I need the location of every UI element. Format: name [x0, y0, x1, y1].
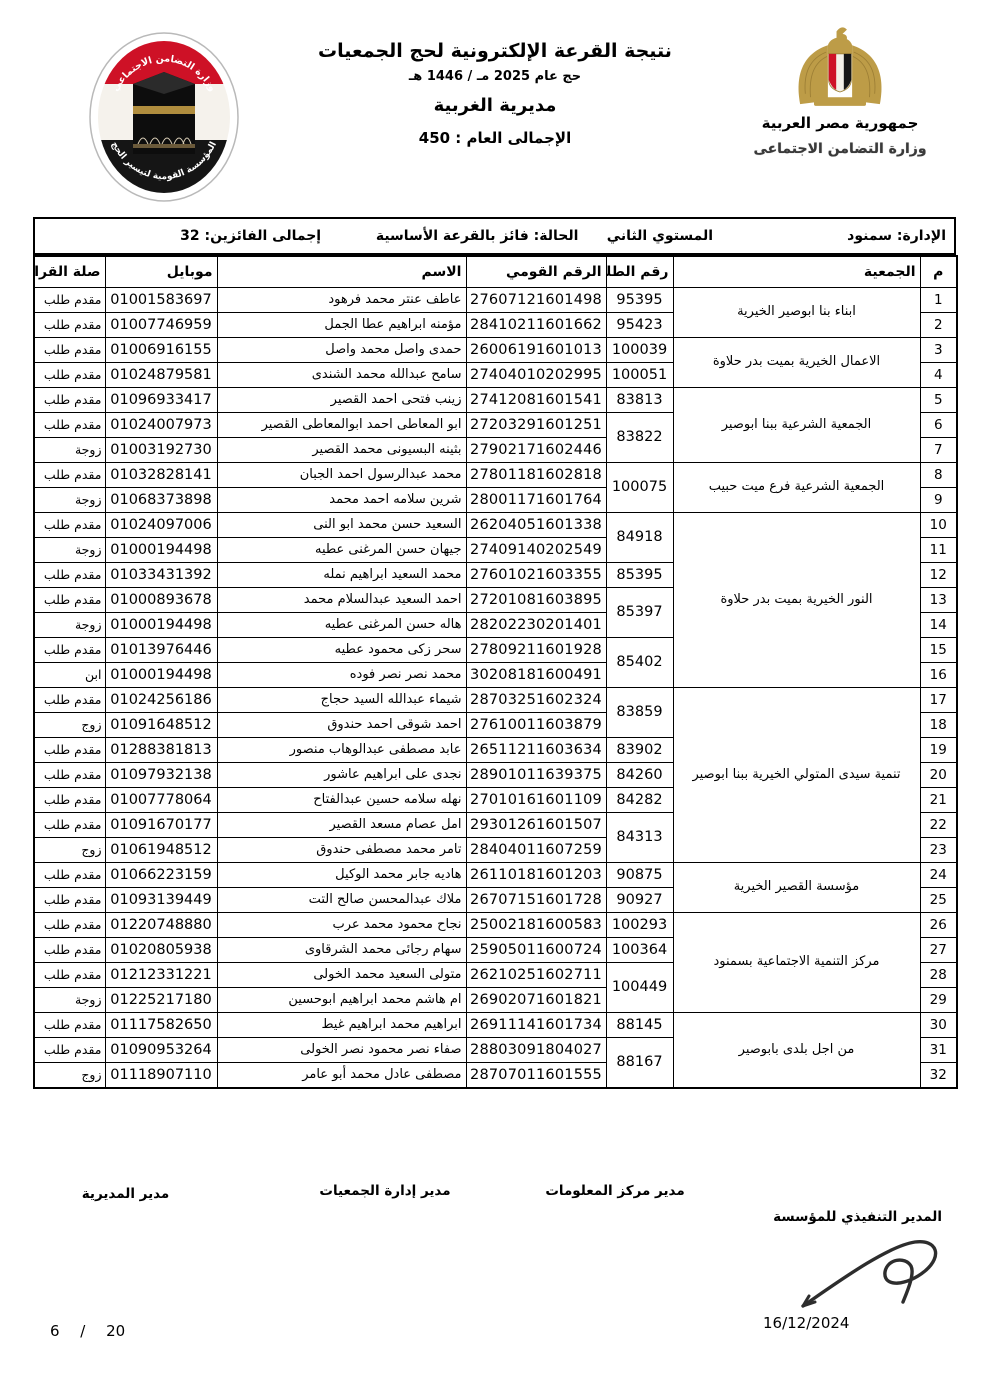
- cell-mobile: 01225217180: [105, 987, 217, 1012]
- cell-national-id: 28202230201401: [466, 612, 606, 637]
- cell-row-number: 6: [920, 412, 957, 437]
- cell-relation: مقدم طلب: [34, 912, 105, 937]
- signatory-associations-director: مدير إدارة الجمعيات: [305, 1183, 465, 1199]
- cell-name: جيهان حسن المرغنى عطيه: [217, 537, 466, 562]
- cell-mobile: 01024256186: [105, 687, 217, 712]
- directorate-name: مديرية الغربية: [240, 95, 750, 116]
- cell-request-number: 100293: [606, 912, 673, 937]
- cell-name: محمد نصر نصر فوده: [217, 662, 466, 687]
- cell-national-id: 27610011603879: [466, 712, 606, 737]
- table-row: 1ابناء بنا ابوصير الخيرية953952760712160…: [34, 287, 957, 312]
- cell-national-id: 26204051601338: [466, 512, 606, 537]
- cell-national-id: 28803091804027: [466, 1037, 606, 1062]
- table-header-row: مالجمعيةرقم الطلبالرقم القوميالاسمموبايل…: [34, 256, 957, 287]
- cell-relation: مقدم طلب: [34, 937, 105, 962]
- cell-relation: مقدم طلب: [34, 287, 105, 312]
- cell-national-id: 26911141601734: [466, 1012, 606, 1037]
- cell-mobile: 01066223159: [105, 862, 217, 887]
- cell-mobile: 01212331221: [105, 962, 217, 987]
- cell-mobile: 01093139449: [105, 887, 217, 912]
- cell-mobile: 01007746959: [105, 312, 217, 337]
- cell-relation: زوجة: [34, 987, 105, 1012]
- cell-name: متولى السعيد محمد الخولى: [217, 962, 466, 987]
- cell-mobile: 01000893678: [105, 587, 217, 612]
- cell-row-number: 4: [920, 362, 957, 387]
- cell-request-number: 85397: [606, 587, 673, 637]
- cell-mobile: 01020805938: [105, 937, 217, 962]
- table-row: 30من اجل بلدى بابوصير8814526911141601734…: [34, 1012, 957, 1037]
- cell-name: تامر محمد مصطفى حندوق: [217, 837, 466, 862]
- signatory-executive-director: المدير التنفيذي للمؤسسة: [782, 1209, 942, 1225]
- cell-request-number: 100075: [606, 462, 673, 512]
- table-row: 17تنمية سيدى المتولي الخيرية ببنا ابوصير…: [34, 687, 957, 712]
- cell-relation: زوجة: [34, 437, 105, 462]
- cell-national-id: 25002181600583: [466, 912, 606, 937]
- cell-mobile: 01117582650: [105, 1012, 217, 1037]
- cell-request-number: 88145: [606, 1012, 673, 1037]
- cell-relation: مقدم طلب: [34, 687, 105, 712]
- cell-name: ابراهيم محمد ابراهيم غيط: [217, 1012, 466, 1037]
- cell-row-number: 16: [920, 662, 957, 687]
- cell-national-id: 28703251602324: [466, 687, 606, 712]
- cell-mobile: 01091648512: [105, 712, 217, 737]
- cell-mobile: 01090953264: [105, 1037, 217, 1062]
- cell-national-id: 27809211601928: [466, 637, 606, 662]
- results-table: مالجمعيةرقم الطلبالرقم القوميالاسمموبايل…: [33, 255, 958, 1089]
- cell-name: مؤمنه ابراهيم عطا الجمل: [217, 312, 466, 337]
- ministry-name: وزارة التضامن الاجتماعى: [742, 141, 938, 157]
- column-header-3: الرقم القومي: [466, 256, 606, 287]
- cell-row-number: 28: [920, 962, 957, 987]
- cell-relation: زوجة: [34, 612, 105, 637]
- cell-name: نجاح محمود محمد عرب: [217, 912, 466, 937]
- cell-national-id: 28410211601662: [466, 312, 606, 337]
- document-date: 16/12/2024: [763, 1314, 849, 1332]
- cell-name: بثينه البسيونى محمد القصير: [217, 437, 466, 462]
- info-winners-total: إجمالى الفائزين: 32: [35, 228, 329, 244]
- cell-association: من اجل بلدى بابوصير: [673, 1012, 920, 1088]
- signature-icon: [795, 1226, 945, 1318]
- cell-name: شيماء عبدالله السيد حجاج: [217, 687, 466, 712]
- cell-name: احمد السعيد عبدالسلام محمد: [217, 587, 466, 612]
- hajj-year-line: حج عام 2025 مـ / 1446 هـ: [240, 69, 750, 84]
- cell-relation: مقدم طلب: [34, 412, 105, 437]
- cell-relation: زوج: [34, 1062, 105, 1088]
- cell-national-id: 30208181600491: [466, 662, 606, 687]
- cell-mobile: 01001583697: [105, 287, 217, 312]
- cell-name: سهام رجائى محمد الشرقاوى: [217, 937, 466, 962]
- cell-row-number: 24: [920, 862, 957, 887]
- cell-relation: مقدم طلب: [34, 512, 105, 537]
- cell-row-number: 10: [920, 512, 957, 537]
- column-header-0: م: [920, 256, 957, 287]
- cell-mobile: 01013976446: [105, 637, 217, 662]
- cell-name: امل عصام مسعد القصير: [217, 812, 466, 837]
- cell-request-number: 100364: [606, 937, 673, 962]
- cell-name: محمد السعيد ابراهيم نمله: [217, 562, 466, 587]
- cell-relation: مقدم طلب: [34, 862, 105, 887]
- signatory-directorate-director: مدير المديرية: [58, 1186, 193, 1202]
- cell-relation: مقدم طلب: [34, 387, 105, 412]
- info-administration: الإدارة: سمنود: [733, 228, 954, 244]
- cell-request-number: 95423: [606, 312, 673, 337]
- table-row: 5الجمعية الشرعية ببنا ابوصير838132741208…: [34, 387, 957, 412]
- cell-request-number: 83859: [606, 687, 673, 737]
- cell-relation: زوج: [34, 712, 105, 737]
- republic-name: جمهورية مصر العربية: [742, 114, 938, 132]
- cell-request-number: 90927: [606, 887, 673, 912]
- cell-row-number: 3: [920, 337, 957, 362]
- cell-request-number: 100449: [606, 962, 673, 1012]
- cell-relation: مقدم طلب: [34, 787, 105, 812]
- cell-request-number: 100039: [606, 337, 673, 362]
- table-row: 24مؤسسة القصير الخيرية908752611018160120…: [34, 862, 957, 887]
- cell-national-id: 27404010202995: [466, 362, 606, 387]
- cell-row-number: 18: [920, 712, 957, 737]
- info-bar: الإدارة: سمنود المستوي الثاني الحالة: فا…: [33, 217, 956, 255]
- cell-name: هاله حسن المرغنى عطيه: [217, 612, 466, 637]
- cell-association: الاعمال الخيرية بميت بدر حلاوة: [673, 337, 920, 387]
- page-title: نتيجة القرعة الإلكترونية لحج الجمعيات: [240, 40, 750, 62]
- cell-name: سحر زكى محمود عطيه: [217, 637, 466, 662]
- cell-mobile: 01007778064: [105, 787, 217, 812]
- cell-row-number: 27: [920, 937, 957, 962]
- cell-row-number: 9: [920, 487, 957, 512]
- table-body: 1ابناء بنا ابوصير الخيرية953952760712160…: [34, 287, 957, 1088]
- cell-relation: زوجة: [34, 487, 105, 512]
- cell-national-id: 28404011607259: [466, 837, 606, 862]
- cell-name: نهله سلامه حسين عبدالفتاح: [217, 787, 466, 812]
- cell-national-id: 25905011600724: [466, 937, 606, 962]
- table-row: 8الجمعية الشرعية فرع ميت حبيب10007527801…: [34, 462, 957, 487]
- cell-name: ملاك عبدالمحسن صالح التت: [217, 887, 466, 912]
- egypt-republic-emblem: جمهورية مصر العربية وزارة التضامن الاجتم…: [742, 24, 938, 157]
- cell-national-id: 27801181602818: [466, 462, 606, 487]
- cell-national-id: 27203291601251: [466, 412, 606, 437]
- table-row: 10النور الخيرية بميت بدر حلاوة8491826204…: [34, 512, 957, 537]
- cell-mobile: 01006916155: [105, 337, 217, 362]
- cell-relation: ابن: [34, 662, 105, 687]
- cell-relation: مقدم طلب: [34, 1037, 105, 1062]
- cell-row-number: 23: [920, 837, 957, 862]
- cell-mobile: 01068373898: [105, 487, 217, 512]
- cell-relation: مقدم طلب: [34, 962, 105, 987]
- cell-request-number: 83822: [606, 412, 673, 462]
- cell-mobile: 01118907110: [105, 1062, 217, 1088]
- cell-relation: مقدم طلب: [34, 562, 105, 587]
- cell-national-id: 27010161601109: [466, 787, 606, 812]
- cell-name: حمدى واصل محمد واصل: [217, 337, 466, 362]
- cell-national-id: 28001171601764: [466, 487, 606, 512]
- cell-row-number: 11: [920, 537, 957, 562]
- cell-row-number: 30: [920, 1012, 957, 1037]
- cell-national-id: 28707011601555: [466, 1062, 606, 1088]
- cell-row-number: 2: [920, 312, 957, 337]
- cell-association: النور الخيرية بميت بدر حلاوة: [673, 512, 920, 687]
- cell-national-id: 28901011639375: [466, 762, 606, 787]
- cell-request-number: 85402: [606, 637, 673, 687]
- cell-name: شرين سلامه احمد محمد: [217, 487, 466, 512]
- cell-relation: مقدم طلب: [34, 587, 105, 612]
- cell-national-id: 27412081601541: [466, 387, 606, 412]
- cell-row-number: 32: [920, 1062, 957, 1088]
- cell-national-id: 27902171602446: [466, 437, 606, 462]
- cell-name: محمد عبدالرسول احمد الجبان: [217, 462, 466, 487]
- cell-mobile: 01024097006: [105, 512, 217, 537]
- cell-mobile: 01024879581: [105, 362, 217, 387]
- cell-national-id: 26902071601821: [466, 987, 606, 1012]
- cell-association: الجمعية الشرعية فرع ميت حبيب: [673, 462, 920, 512]
- cell-relation: مقدم طلب: [34, 1012, 105, 1037]
- cell-request-number: 84313: [606, 812, 673, 862]
- cell-request-number: 83813: [606, 387, 673, 412]
- cell-name: صفاء نصر محمود نصر الخولى: [217, 1037, 466, 1062]
- info-level: المستوي الثاني: [586, 228, 733, 244]
- cell-name: ام هاشم محمد ابراهيم ابوحسين: [217, 987, 466, 1012]
- cell-relation: مقدم طلب: [34, 362, 105, 387]
- cell-national-id: 27201081603895: [466, 587, 606, 612]
- column-header-1: الجمعية: [673, 256, 920, 287]
- cell-relation: مقدم طلب: [34, 887, 105, 912]
- cell-national-id: 27409140202549: [466, 537, 606, 562]
- cell-request-number: 90875: [606, 862, 673, 887]
- cell-association: تنمية سيدى المتولي الخيرية ببنا ابوصير: [673, 687, 920, 862]
- cell-relation: زوجة: [34, 537, 105, 562]
- cell-request-number: 88167: [606, 1037, 673, 1088]
- cell-request-number: 84918: [606, 512, 673, 562]
- cell-request-number: 84260: [606, 762, 673, 787]
- cell-national-id: 27607121601498: [466, 287, 606, 312]
- cell-mobile: 01033431392: [105, 562, 217, 587]
- column-header-6: صلة القرابه: [34, 256, 105, 287]
- column-header-5: موبايل: [105, 256, 217, 287]
- cell-national-id: 26511211603634: [466, 737, 606, 762]
- cell-mobile: 01091670177: [105, 812, 217, 837]
- cell-national-id: 26110181601203: [466, 862, 606, 887]
- cell-mobile: 01024007973: [105, 412, 217, 437]
- cell-row-number: 25: [920, 887, 957, 912]
- cell-row-number: 8: [920, 462, 957, 487]
- cell-relation: زوج: [34, 837, 105, 862]
- cell-relation: مقدم طلب: [34, 637, 105, 662]
- cell-relation: مقدم طلب: [34, 762, 105, 787]
- cell-mobile: 01061948512: [105, 837, 217, 862]
- cell-row-number: 29: [920, 987, 957, 1012]
- cell-mobile: 01288381813: [105, 737, 217, 762]
- cell-mobile: 01000194498: [105, 537, 217, 562]
- cell-row-number: 26: [920, 912, 957, 937]
- document-titles: نتيجة القرعة الإلكترونية لحج الجمعيات حج…: [240, 40, 750, 147]
- signatory-information-center-director: مدير مركز المعلومات: [540, 1183, 690, 1199]
- cell-relation: مقدم طلب: [34, 812, 105, 837]
- table-header: مالجمعيةرقم الطلبالرقم القوميالاسمموبايل…: [34, 256, 957, 287]
- cell-name: عابد مصطفى عبدالوهاب منصور: [217, 737, 466, 762]
- cell-row-number: 21: [920, 787, 957, 812]
- cell-mobile: 01220748880: [105, 912, 217, 937]
- cell-national-id: 26006191601013: [466, 337, 606, 362]
- cell-national-id: 26210251602711: [466, 962, 606, 987]
- cell-mobile: 01000194498: [105, 662, 217, 687]
- cell-request-number: 83902: [606, 737, 673, 762]
- cell-row-number: 19: [920, 737, 957, 762]
- document-page: وزارة التضامن الاجتماعي المؤسسة القومية …: [0, 0, 990, 1400]
- cell-association: مؤسسة القصير الخيرية: [673, 862, 920, 912]
- cell-name: مصطفى عادل محمد أبو عامر: [217, 1062, 466, 1088]
- cell-name: هاديه جابر محمد الوكيل: [217, 862, 466, 887]
- cell-relation: مقدم طلب: [34, 312, 105, 337]
- cell-relation: مقدم طلب: [34, 337, 105, 362]
- cell-row-number: 14: [920, 612, 957, 637]
- cell-name: احمد شوقى احمد حندوق: [217, 712, 466, 737]
- page-number: 6 / 20: [50, 1322, 125, 1340]
- cell-request-number: 100051: [606, 362, 673, 387]
- cell-association: مركز التنمية الاجتماعية بسمنود: [673, 912, 920, 1012]
- column-header-4: الاسم: [217, 256, 466, 287]
- info-status: الحالة: فائز بالقرعة الأساسية: [329, 228, 586, 244]
- grand-total: الإجمالى العام : 450: [240, 129, 750, 147]
- cell-row-number: 12: [920, 562, 957, 587]
- cell-national-id: 26707151601728: [466, 887, 606, 912]
- cell-request-number: 84282: [606, 787, 673, 812]
- cell-mobile: 01097932138: [105, 762, 217, 787]
- cell-name: زينب فتحى احمد القصير: [217, 387, 466, 412]
- cell-national-id: 29301261601507: [466, 812, 606, 837]
- kaaba-emblem-icon: وزارة التضامن الاجتماعي المؤسسة القومية …: [88, 32, 240, 202]
- cell-name: ابو المعاطى احمد ابوالمعاطى القصير: [217, 412, 466, 437]
- cell-row-number: 15: [920, 637, 957, 662]
- cell-association: ابناء بنا ابوصير الخيرية: [673, 287, 920, 337]
- hajj-foundation-emblem: وزارة التضامن الاجتماعي المؤسسة القومية …: [88, 32, 240, 202]
- table-row: 3الاعمال الخيرية بميت بدر حلاوة100039260…: [34, 337, 957, 362]
- cell-mobile: 01096933417: [105, 387, 217, 412]
- cell-name: السعيد حسن محمد ابو النى: [217, 512, 466, 537]
- cell-name: نجدى على ابراهيم عاشور: [217, 762, 466, 787]
- cell-request-number: 85395: [606, 562, 673, 587]
- cell-row-number: 17: [920, 687, 957, 712]
- cell-request-number: 95395: [606, 287, 673, 312]
- cell-name: سامح عبدالله محمد الشندى: [217, 362, 466, 387]
- cell-national-id: 27601021603355: [466, 562, 606, 587]
- column-header-2: رقم الطلب: [606, 256, 673, 287]
- cell-relation: مقدم طلب: [34, 462, 105, 487]
- cell-row-number: 1: [920, 287, 957, 312]
- cell-row-number: 7: [920, 437, 957, 462]
- cell-row-number: 20: [920, 762, 957, 787]
- cell-name: عاطف عنتر محمد فرهود: [217, 287, 466, 312]
- table-row: 26مركز التنمية الاجتماعية بسمنود10029325…: [34, 912, 957, 937]
- eagle-of-saladin-icon: [788, 24, 892, 108]
- cell-row-number: 31: [920, 1037, 957, 1062]
- cell-association: الجمعية الشرعية ببنا ابوصير: [673, 387, 920, 462]
- cell-row-number: 22: [920, 812, 957, 837]
- cell-row-number: 5: [920, 387, 957, 412]
- cell-relation: مقدم طلب: [34, 737, 105, 762]
- cell-mobile: 01032828141: [105, 462, 217, 487]
- cell-row-number: 13: [920, 587, 957, 612]
- cell-mobile: 01003192730: [105, 437, 217, 462]
- cell-mobile: 01000194498: [105, 612, 217, 637]
